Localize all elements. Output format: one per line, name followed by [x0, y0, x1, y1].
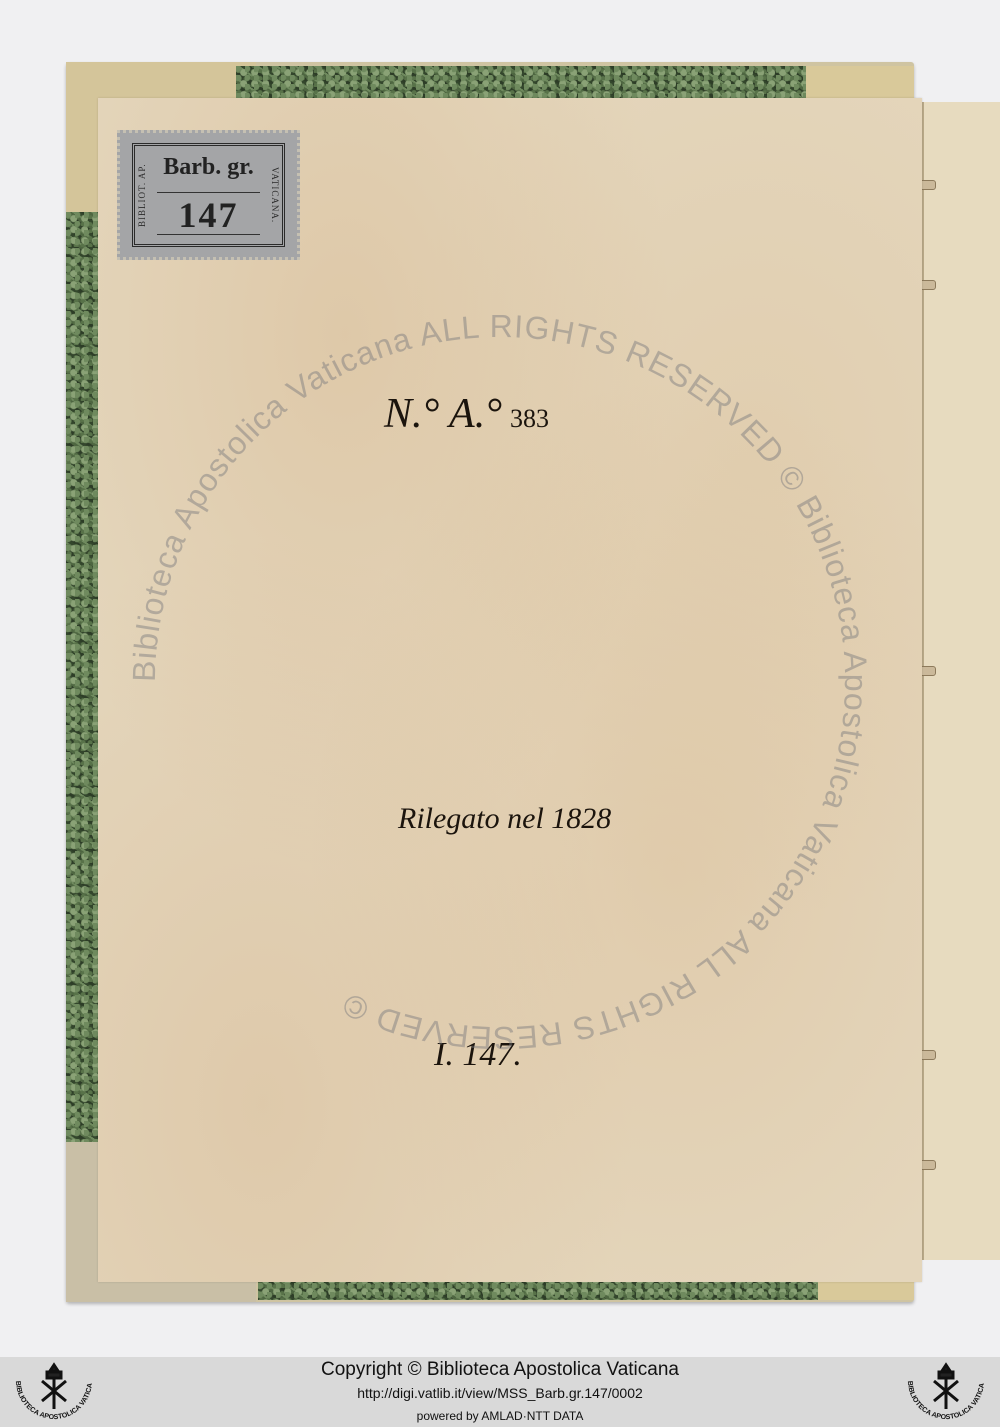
powered-by-text: powered by AMLAD·NTT DATA: [0, 1409, 1000, 1423]
vatican-library-logo-icon: BIBLIOTECA APOSTOLICA VATICANA: [896, 1359, 996, 1425]
old-shelfmark: I. 147.: [434, 1036, 522, 1074]
svg-text:BIBLIOTECA APOSTOLICA VATICANA: BIBLIOTECA APOSTOLICA VATICANA: [896, 1359, 986, 1421]
inventory-annotation: N.° A.°383: [384, 390, 549, 438]
label-rule: [157, 192, 260, 193]
label-number: 147: [153, 194, 264, 236]
inventory-number: 383: [510, 404, 549, 433]
manuscript-scan: BIBLIOT. AP. VATICANA. Barb. gr. 147 N.°…: [0, 0, 1000, 1357]
label-rule: [157, 234, 260, 235]
copyright-footer: BIBLIOTECA APOSTOLICA VATICANA Copyright…: [0, 1357, 1000, 1427]
source-url[interactable]: http://digi.vatlib.it/view/MSS_Barb.gr.1…: [0, 1385, 1000, 1401]
label-frame: BIBLIOT. AP. VATICANA. Barb. gr. 147: [132, 143, 285, 247]
leather-corner-top-right: [804, 66, 914, 102]
label-collection: Barb. gr.: [153, 154, 264, 181]
flyleaf-page: [98, 98, 922, 1282]
shelfmark-label: BIBLIOT. AP. VATICANA. Barb. gr. 147: [117, 130, 300, 260]
label-side-right: VATICANA.: [264, 146, 280, 244]
marbled-paper-top: [236, 66, 806, 100]
facing-page: [922, 102, 1000, 1260]
copyright-text: Copyright © Biblioteca Apostolica Vatica…: [0, 1359, 1000, 1381]
label-side-left: BIBLIOT. AP.: [137, 146, 153, 244]
binding-note: Rilegato nel 1828: [398, 802, 611, 836]
inventory-prefix: N.° A.°: [384, 391, 502, 437]
